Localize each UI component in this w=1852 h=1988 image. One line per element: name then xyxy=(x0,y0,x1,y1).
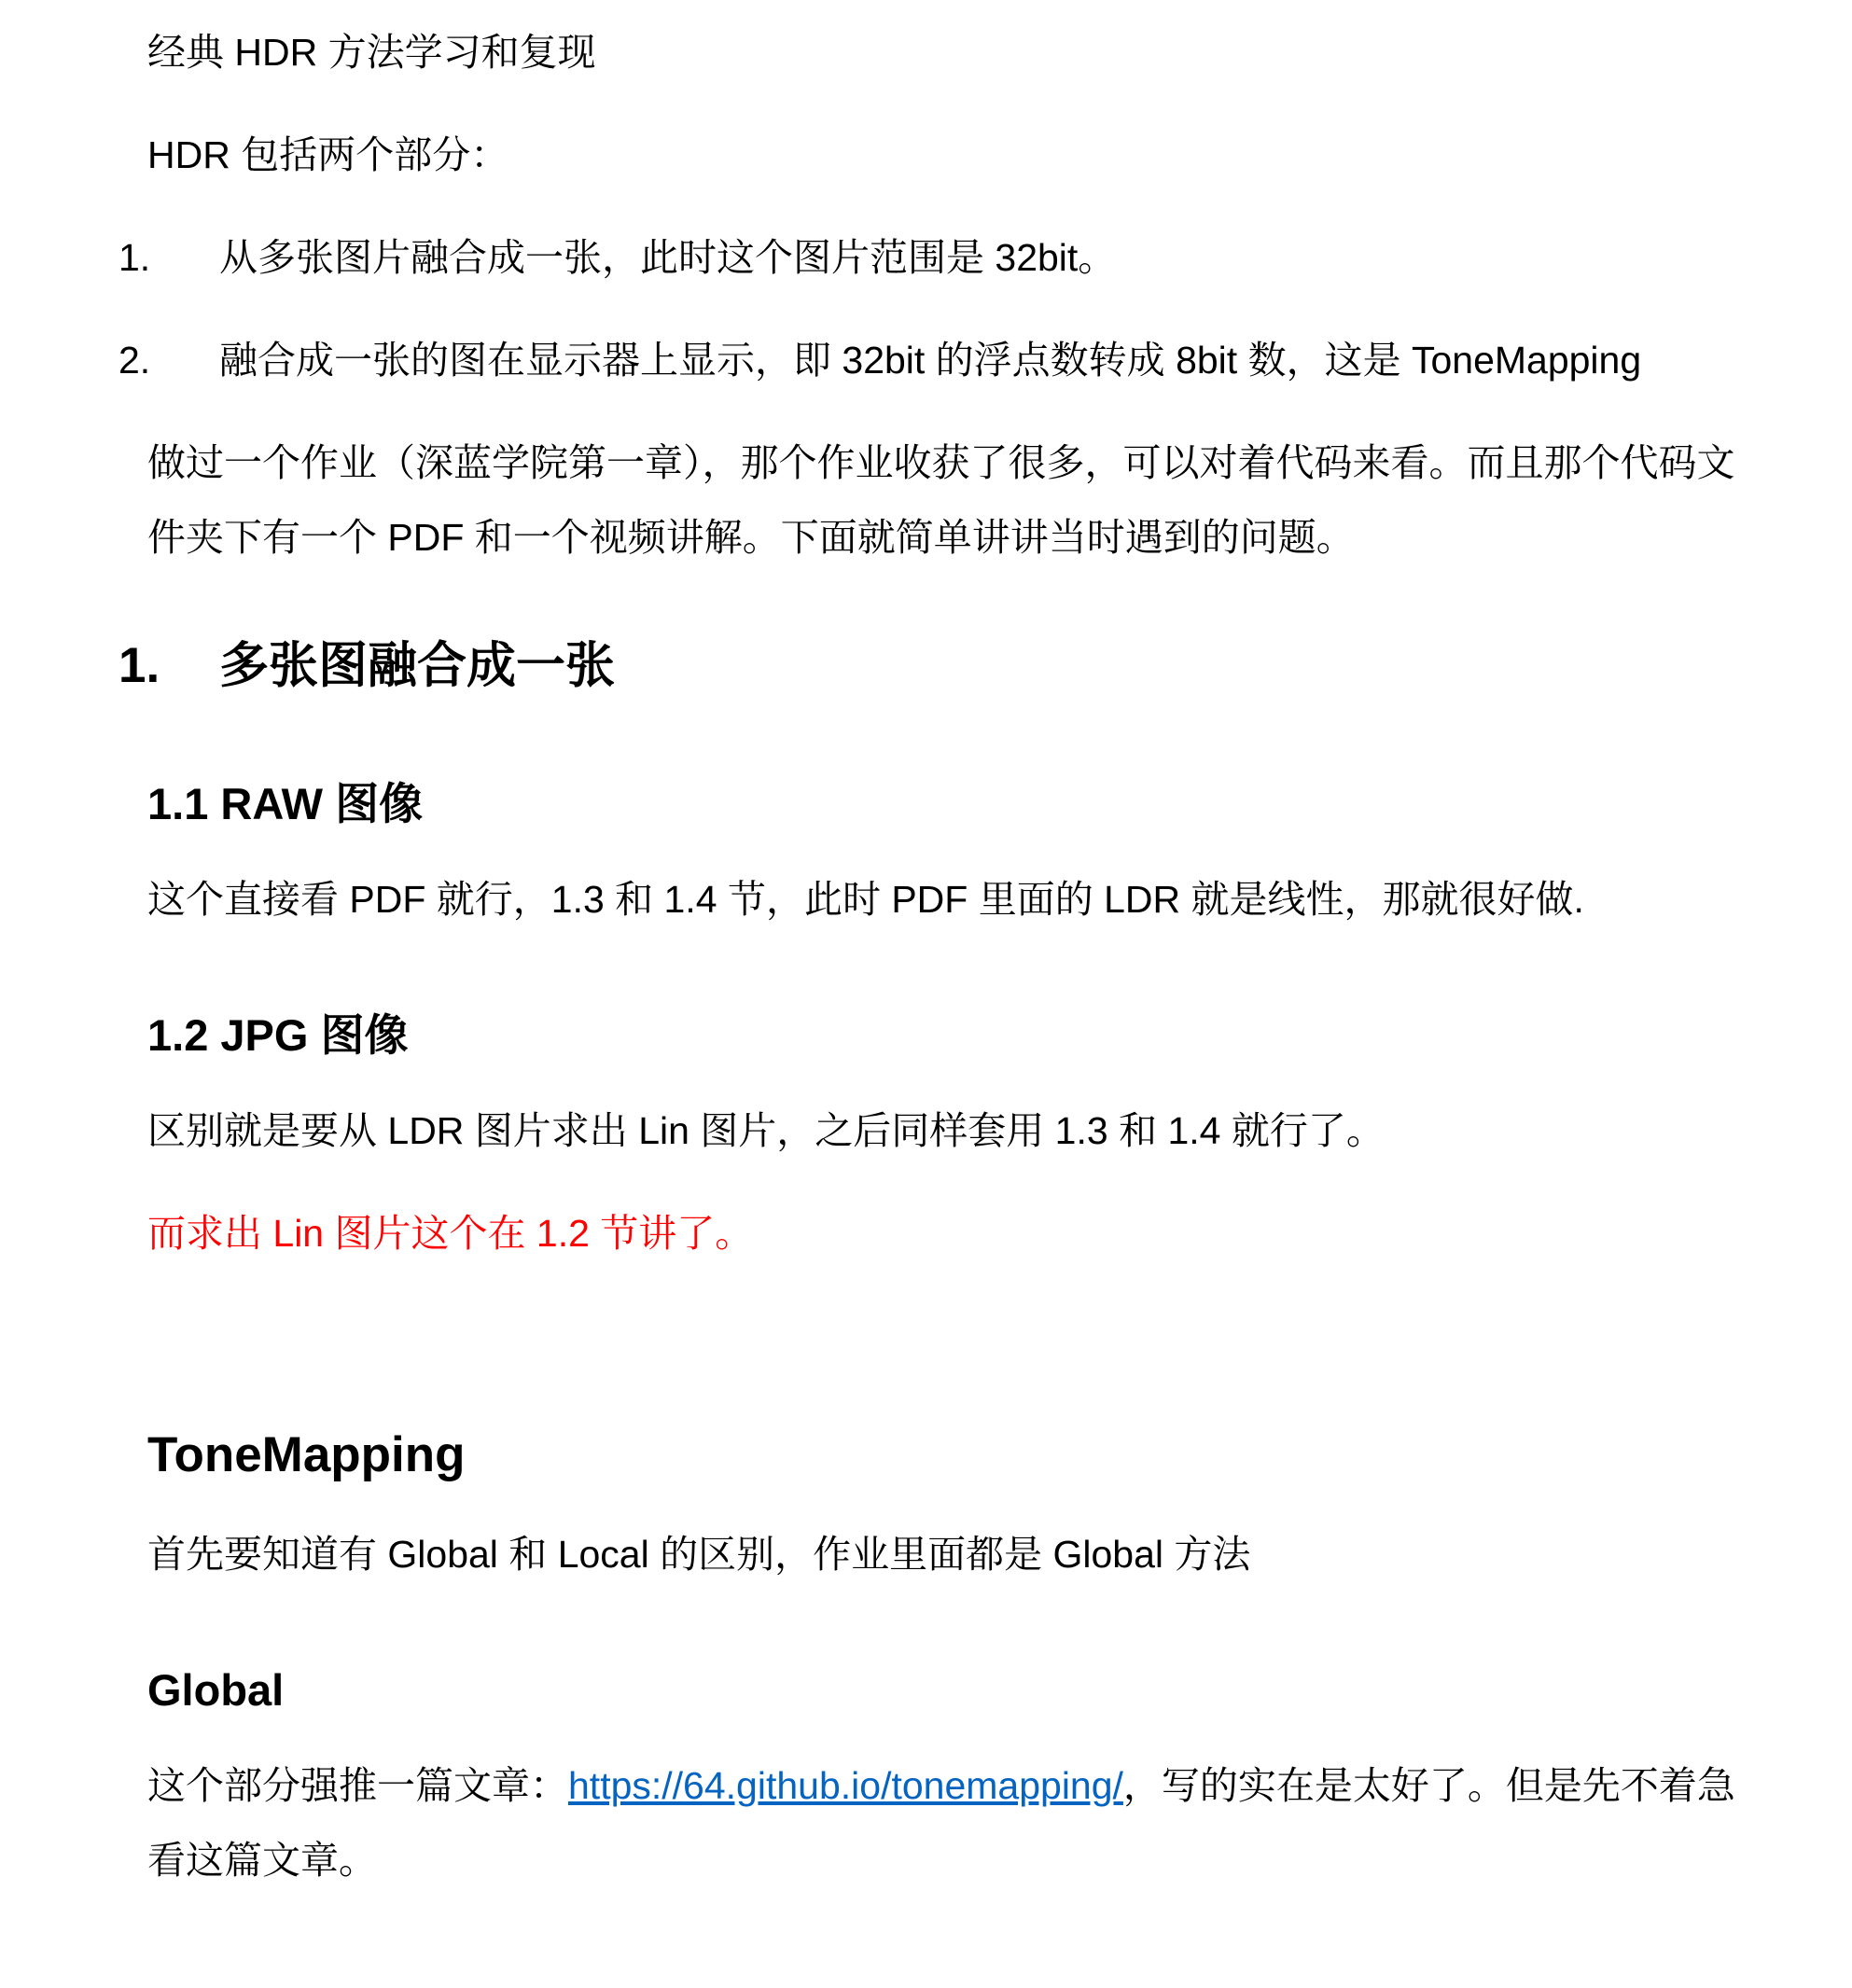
section-heading-merge-text: 多张图融合成一张 xyxy=(219,627,615,705)
paragraph-lin-note-red: 而求出 Lin 图片这个在 1.2 节讲了。 xyxy=(147,1196,1761,1271)
section-heading-tonemapping: ToneMapping xyxy=(147,1416,1761,1494)
paragraph-tonemapping-intro: 首先要知道有 Global 和 Local 的区别，作业里面都是 Global … xyxy=(147,1517,1761,1592)
paragraph-global-article: 这个部分强推一篇文章：https://64.github.io/tonemapp… xyxy=(147,1748,1761,1898)
empty-paragraph-spacer xyxy=(147,1299,1761,1364)
section-heading-merge: 1. 多张图融合成一张 xyxy=(118,627,1761,705)
list-item-2-text: 融合成一张的图在显示器上显示，即 32bit 的浮点数转成 8bit 数，这是 … xyxy=(219,323,1641,397)
list-item-1: 1. 从多张图片融合成一张，此时这个图片范围是 32bit。 xyxy=(118,220,1761,295)
subsection-heading-jpg: 1.2 JPG 图像 xyxy=(147,1002,1761,1069)
list-item-2: 2. 融合成一张的图在显示器上显示，即 32bit 的浮点数转成 8bit 数，… xyxy=(118,323,1761,397)
subsection-heading-global: Global xyxy=(147,1657,1761,1724)
section-heading-merge-number: 1. xyxy=(118,627,219,705)
list-item-1-text: 从多张图片融合成一张，此时这个图片范围是 32bit。 xyxy=(219,220,1116,295)
paragraph-raw: 这个直接看 PDF 就行，1.3 和 1.4 节，此时 PDF 里面的 LDR … xyxy=(147,862,1761,937)
document-page: 经典 HDR 方法学习和复现 HDR 包括两个部分： 1. 从多张图片融合成一张… xyxy=(0,0,1761,1898)
doc-title: 经典 HDR 方法学习和复现 xyxy=(147,15,1761,90)
paragraph-homework: 做过一个作业（深蓝学院第一章），那个作业收获了很多，可以对着代码来看。而且那个代… xyxy=(147,425,1761,575)
subsection-heading-raw: 1.1 RAW 图像 xyxy=(147,771,1761,838)
tonemapping-article-link[interactable]: https://64.github.io/tonemapping/ xyxy=(568,1764,1123,1807)
list-item-2-number: 2. xyxy=(118,323,219,397)
paragraph-jpg: 区别就是要从 LDR 图片求出 Lin 图片，之后同样套用 1.3 和 1.4 … xyxy=(147,1093,1761,1168)
intro-line: HDR 包括两个部分： xyxy=(147,118,1761,192)
list-item-1-number: 1. xyxy=(118,220,219,295)
link-para-before: 这个部分强推一篇文章： xyxy=(147,1764,568,1807)
